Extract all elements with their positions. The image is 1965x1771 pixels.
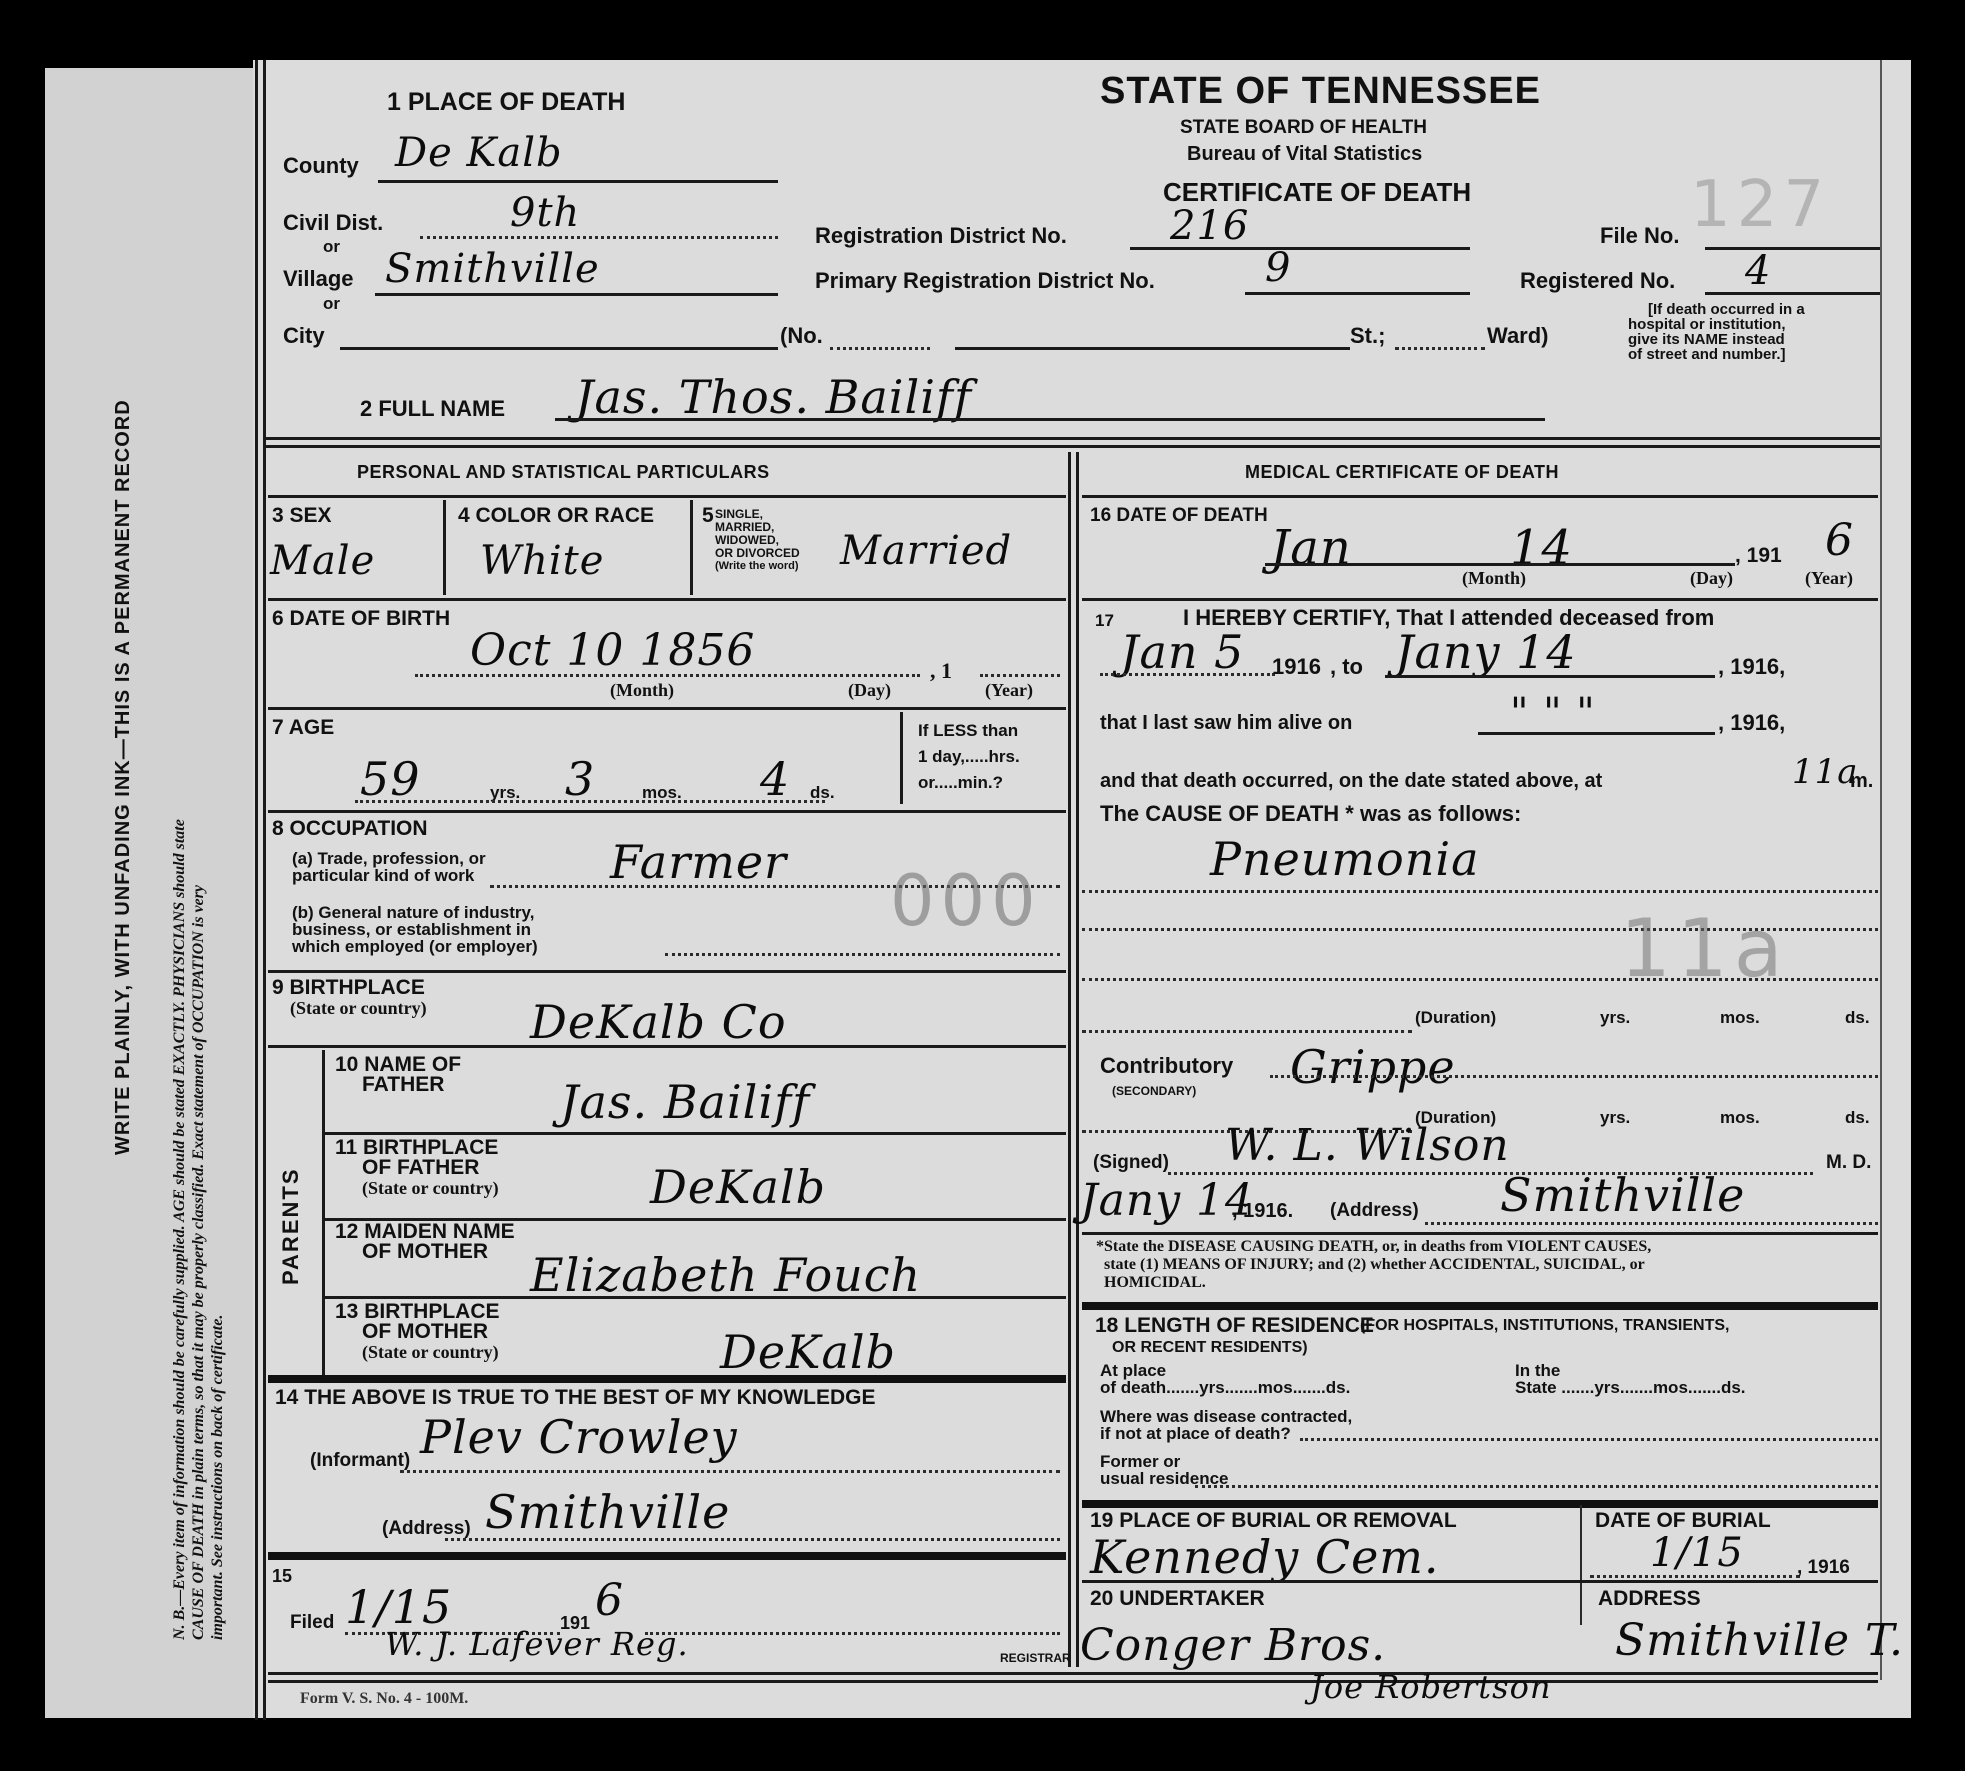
county-value[interactable]: De Kalb: [395, 130, 563, 176]
section-rule: [265, 445, 1880, 448]
row-rule: [268, 707, 1066, 710]
parents-divider: [322, 1050, 325, 1375]
last-saw-label: that I last saw him alive on: [1100, 712, 1352, 734]
father-birthplace-value[interactable]: DeKalb: [650, 1160, 826, 1214]
county-line: [378, 180, 778, 183]
burial-label: 19 PLACE OF BURIAL OR REMOVAL: [1090, 1510, 1457, 1532]
burial-date-label: DATE OF BURIAL: [1595, 1510, 1771, 1532]
cause-footnote: *State the DISEASE CAUSING DEATH, or, in…: [1096, 1238, 1651, 1292]
row-rule: [1082, 1580, 1878, 1583]
signed-address-line: [1425, 1222, 1878, 1225]
dob-day-label: (Day): [848, 680, 891, 701]
label-line: FATHER: [335, 1075, 461, 1095]
dob-value[interactable]: Oct 10 1856: [470, 625, 755, 676]
death-time-suffix: m.: [1850, 770, 1873, 792]
attended-to-year: , 1916,: [1718, 656, 1785, 678]
registrar-line: [645, 1632, 1060, 1635]
occupation-value[interactable]: Farmer: [610, 835, 787, 889]
margin-instructions: N. B.—Every item of information should b…: [170, 819, 227, 1640]
board-title: STATE BOARD OF HEALTH: [1180, 117, 1427, 139]
yrs-label: yrs.: [490, 785, 520, 800]
duration-mos: mos.: [1720, 1110, 1760, 1125]
cell-divider: [690, 500, 693, 595]
dod-line: [1265, 563, 1735, 566]
dob-month-label: (Month): [610, 680, 674, 701]
dob-line: [415, 674, 920, 677]
margin-line: N. B.—Every item of information should b…: [170, 819, 189, 1640]
dod-year[interactable]: 6: [1825, 515, 1854, 566]
label-line: Where was disease contracted,: [1100, 1408, 1352, 1425]
residence-sub2: OR RECENT RESIDENTS): [1112, 1340, 1308, 1355]
street-line: [955, 347, 1350, 350]
village-value[interactable]: Smithville: [385, 246, 600, 292]
primary-district-label: Primary Registration District No.: [815, 270, 1155, 292]
marital-option: OR DIVORCED: [715, 547, 800, 560]
undertaker-address-label: ADDRESS: [1598, 1588, 1701, 1610]
note-line: hospital or institution,: [1628, 317, 1805, 332]
parents-label: PARENTS: [278, 1168, 304, 1286]
dod-year-prefix: , 191: [1735, 545, 1782, 567]
signed-label: (Signed): [1093, 1152, 1169, 1174]
file-no-line: [1705, 247, 1880, 250]
row-rule: [1082, 1232, 1878, 1235]
label-line: At place: [1100, 1362, 1350, 1379]
age-line: [355, 800, 825, 803]
note-line: of street and number.]: [1628, 347, 1805, 362]
stamp-mark: 127: [1690, 168, 1830, 242]
cause-value[interactable]: Pneumonia: [1210, 832, 1480, 886]
registered-no-value[interactable]: 4: [1745, 248, 1771, 294]
cert-num: 17: [1095, 610, 1114, 632]
or-label: or: [323, 236, 340, 258]
label-line: OF MOTHER: [335, 1242, 515, 1262]
section-rule-thick: [268, 1552, 1066, 1560]
filed-num: 15: [272, 1565, 292, 1587]
occupation-a-label: (a) Trade, profession, or particular kin…: [292, 850, 486, 884]
center-divider: [1068, 452, 1071, 1667]
marital-value[interactable]: Married: [840, 528, 1012, 574]
county-label: County: [283, 155, 359, 177]
attended-from-line: [1100, 673, 1275, 676]
ds-label: ds.: [810, 785, 835, 800]
father-birthplace-label: 11 BIRTHPLACE OF FATHER (State or countr…: [335, 1138, 499, 1198]
burial-year: , 1916: [1797, 1557, 1850, 1579]
bottom-rule: [268, 1672, 1878, 1675]
dob-year-label: (Year): [985, 680, 1033, 701]
contracted: Where was disease contracted, if not at …: [1100, 1408, 1352, 1442]
full-name-line: [555, 418, 1545, 421]
dob-label: 6 DATE OF BIRTH: [272, 608, 450, 630]
ward-label: Ward): [1487, 325, 1549, 347]
mother-birthplace-label: 13 BIRTHPLACE OF MOTHER (State or countr…: [335, 1302, 500, 1362]
center-divider: [1076, 452, 1079, 1667]
label-line: (State or country): [335, 1342, 500, 1362]
label-line: 13 BIRTHPLACE: [335, 1302, 500, 1322]
reg-district-label: Registration District No.: [815, 225, 1067, 247]
attended-to[interactable]: Jany 14: [1395, 625, 1577, 679]
age-years[interactable]: 59: [360, 752, 421, 806]
border-line: [263, 60, 266, 1720]
occ-line: business, or establishment in: [292, 921, 538, 938]
sex-value[interactable]: Male: [270, 538, 375, 584]
margin-line: important. See instructions on back of c…: [208, 819, 227, 1640]
civil-dist-value[interactable]: 9th: [510, 190, 580, 236]
occupation-b-label: (b) General nature of industry, business…: [292, 904, 538, 955]
hospital-note: [If death occurred in a hospital or inst…: [1628, 302, 1805, 362]
undertaker-sub-signature[interactable]: Joe Robertson: [1310, 1668, 1551, 1706]
md-label: M. D.: [1826, 1152, 1871, 1174]
residence-sub: (FOR HOSPITALS, INSTITUTIONS, TRANSIENTS…: [1360, 1318, 1729, 1333]
occ-line: (a) Trade, profession, or: [292, 850, 486, 867]
contributory-line: [1270, 1075, 1878, 1078]
undertaker-address-value[interactable]: Smithville T.: [1615, 1615, 1904, 1666]
section-rule: [265, 437, 1880, 440]
birthplace-label: 9 BIRTHPLACE: [272, 977, 425, 999]
father-value[interactable]: Jas. Bailiff: [560, 1075, 810, 1129]
less-than-day: If LESS than 1 day,.....hrs. or.....min.…: [918, 718, 1020, 796]
registrar-signature[interactable]: W. J. Lafever Reg.: [385, 1625, 689, 1663]
less-line: If LESS than: [918, 718, 1020, 744]
no-line: [830, 347, 930, 350]
row-rule: [325, 1132, 1066, 1135]
race-value[interactable]: White: [480, 538, 604, 584]
label-line: OF FATHER: [335, 1158, 499, 1178]
city-line: [340, 347, 778, 350]
father-label: 10 NAME OF FATHER: [335, 1055, 461, 1095]
section-rule-thick: [1082, 1302, 1878, 1310]
st-label: St.;: [1350, 325, 1385, 347]
dod-month[interactable]: Jan: [1270, 520, 1352, 576]
age-days[interactable]: 4: [760, 752, 790, 806]
less-line: 1 day,.....hrs.: [918, 744, 1020, 770]
informant-address-value[interactable]: Smithville: [485, 1485, 730, 1539]
margin-permanent-record: WRITE PLAINLY, WITH UNFADING INK—THIS IS…: [112, 399, 135, 1155]
filed-label: Filed: [290, 1612, 334, 1634]
dod-year-label: (Year): [1805, 568, 1853, 589]
duration-mos: mos.: [1720, 1010, 1760, 1025]
death-time-value[interactable]: 11a: [1792, 752, 1859, 792]
occupation-code: 000: [890, 860, 1042, 942]
right-border: [1880, 60, 1882, 1680]
attended-to-line: [1385, 675, 1715, 678]
birthplace-sub: (State or country): [290, 998, 427, 1019]
label-line: OF MOTHER: [335, 1322, 500, 1342]
age-label: 7 AGE: [272, 717, 334, 739]
occ-line: particular kind of work: [292, 867, 486, 884]
former-line: [1195, 1485, 1878, 1488]
address-line: [445, 1538, 1060, 1541]
personal-heading: PERSONAL AND STATISTICAL PARTICULARS: [357, 462, 770, 483]
label-line: State .......yrs.......mos.......ds.: [1515, 1379, 1746, 1396]
label-line: 10 NAME OF: [335, 1055, 461, 1075]
in-state: In the State .......yrs.......mos.......…: [1515, 1362, 1746, 1396]
state-title: STATE OF TENNESSEE: [1100, 70, 1541, 113]
dob-comma: , 1: [930, 660, 952, 682]
cause-pencil-note: 11a: [1620, 902, 1789, 995]
undertaker-label: 20 UNDERTAKER: [1090, 1588, 1265, 1610]
civil-dist-line: [420, 236, 778, 239]
signed-value[interactable]: W. L. Wilson: [1225, 1120, 1510, 1171]
race-label: 4 COLOR OR RACE: [458, 505, 654, 527]
marital-num: 5: [702, 505, 714, 527]
duration-yrs: yrs.: [1600, 1110, 1630, 1125]
burial-value[interactable]: Kennedy Cem.: [1090, 1530, 1440, 1584]
signed-address-value[interactable]: Smithville: [1500, 1168, 1745, 1222]
less-line: or.....min.?: [918, 770, 1020, 796]
reg-district-line: [1130, 247, 1470, 250]
label-line: of death.......yrs.......mos.......ds.: [1100, 1379, 1350, 1396]
reg-district-value[interactable]: 216: [1170, 203, 1249, 249]
informant-line: [400, 1470, 1060, 1473]
margin-line: CAUSE OF DEATH in plain terms, so that i…: [189, 819, 208, 1640]
mother-birthplace-value[interactable]: DeKalb: [720, 1325, 896, 1379]
label-line: 12 MAIDEN NAME: [335, 1222, 515, 1242]
cause-label: The CAUSE OF DEATH * was as follows:: [1100, 803, 1521, 825]
primary-district-line: [1245, 292, 1470, 295]
registered-no-label: Registered No.: [1520, 270, 1675, 292]
row-rule: [268, 970, 1066, 973]
place-of-death-heading: 1 PLACE OF DEATH: [387, 88, 625, 117]
attended-from[interactable]: Jan 5: [1120, 625, 1244, 679]
duration-label: (Duration): [1415, 1010, 1496, 1025]
occupation-label: 8 OCCUPATION: [272, 818, 428, 840]
informant-heading: 14 THE ABOVE IS TRUE TO THE BEST OF MY K…: [275, 1387, 876, 1409]
section-rule-thick: [1082, 1500, 1878, 1508]
burial-divider: [1580, 1505, 1582, 1625]
sex-label: 3 SEX: [272, 505, 332, 527]
primary-district-value[interactable]: 9: [1265, 245, 1291, 291]
no-label: (No.: [780, 325, 823, 347]
note-line: [If death occurred in a: [1628, 302, 1805, 317]
signed-year: , 1916.: [1232, 1200, 1293, 1222]
registrar-label: REGISTRAR: [1000, 1652, 1071, 1665]
registered-no-line: [1705, 292, 1880, 295]
row-rule: [268, 598, 1066, 601]
village-line: [375, 293, 778, 296]
dod-label: 16 DATE OF DEATH: [1090, 505, 1268, 527]
contributory-label: Contributory: [1100, 1055, 1233, 1077]
attended-from-year: 1916: [1272, 656, 1321, 678]
form-number: Form V. S. No. 4 - 100M.: [300, 1690, 468, 1708]
marital-option: (Write the word): [715, 560, 800, 573]
to-label: , to: [1330, 656, 1363, 678]
mos-label: mos.: [642, 785, 682, 800]
duration-ds: ds.: [1845, 1010, 1870, 1025]
mother-label: 12 MAIDEN NAME OF MOTHER: [335, 1222, 515, 1262]
residence-heading: 18 LENGTH OF RESIDENCE: [1095, 1315, 1374, 1337]
village-label: Village: [283, 268, 354, 290]
file-no-label: File No.: [1600, 225, 1679, 247]
last-saw-value[interactable]: " " ": [1510, 690, 1596, 736]
section-rule-thick: [268, 1375, 1066, 1383]
or-label: or: [323, 293, 340, 315]
dod-day-label: (Day): [1690, 568, 1733, 589]
informant-value[interactable]: Plev Crowley: [420, 1410, 738, 1464]
cell-divider: [900, 712, 903, 804]
ward-line: [1395, 347, 1485, 350]
signed-date[interactable]: Jany 14: [1080, 1175, 1254, 1226]
marital-options: SINGLE, MARRIED, WIDOWED, OR DIVORCED (W…: [715, 508, 800, 573]
at-place: At place of death.......yrs.......mos...…: [1100, 1362, 1350, 1396]
cell-divider: [443, 500, 446, 595]
bureau-title: Bureau of Vital Statistics: [1187, 143, 1422, 166]
row-rule: [325, 1296, 1066, 1299]
burial-date-line: [1590, 1575, 1800, 1578]
duration-ds: ds.: [1845, 1110, 1870, 1125]
full-name-label: 2 FULL NAME: [360, 398, 505, 420]
duration-yrs: yrs.: [1600, 1010, 1630, 1025]
contracted-line: [1300, 1438, 1878, 1441]
border-line: [255, 60, 258, 1720]
bottom-rule: [268, 1680, 1878, 1683]
civil-dist-label: Civil Dist.: [283, 212, 383, 234]
contributory-value[interactable]: Grippe: [1290, 1040, 1456, 1094]
birthplace-value[interactable]: DeKalb Co: [530, 995, 787, 1049]
full-name-value[interactable]: Jas. Thos. Bailiff: [575, 370, 972, 424]
label-line: In the: [1515, 1362, 1746, 1379]
label-line: (State or country): [335, 1178, 499, 1198]
occupation-b-line: [665, 953, 1060, 956]
occ-line: (b) General nature of industry,: [292, 904, 538, 921]
occ-line: which employed (or employer): [292, 938, 538, 955]
last-saw-year: , 1916,: [1718, 712, 1785, 734]
last-saw-line: [1478, 732, 1715, 735]
former-residence: Former or usual residence: [1100, 1453, 1229, 1487]
informant-label: (Informant): [310, 1450, 410, 1472]
signed-address-label: (Address): [1330, 1200, 1419, 1222]
age-months[interactable]: 3: [565, 752, 595, 806]
dod-month-label: (Month): [1462, 568, 1526, 589]
burial-date-value[interactable]: 1/15: [1650, 1530, 1744, 1576]
address-label: (Address): [382, 1518, 471, 1540]
label-line: 11 BIRTHPLACE: [335, 1138, 499, 1158]
footnote-line: HOMICIDAL.: [1096, 1274, 1651, 1292]
label-line: Former or: [1100, 1453, 1229, 1470]
duration-line: [1082, 1030, 1412, 1033]
medical-heading: MEDICAL CERTIFICATE OF DEATH: [1245, 462, 1559, 483]
row-rule: [268, 1045, 1066, 1048]
cause-line: [1082, 890, 1878, 893]
city-label: City: [283, 325, 325, 347]
footnote-line: *State the DISEASE CAUSING DEATH, or, in…: [1096, 1238, 1651, 1256]
cause-line: [1082, 978, 1878, 981]
row-rule: [268, 810, 1066, 813]
mother-value[interactable]: Elizabeth Fouch: [530, 1248, 921, 1302]
row-rule: [1082, 495, 1878, 498]
footnote-line: state (1) MEANS OF INJURY; and (2) wheth…: [1096, 1256, 1651, 1274]
row-rule: [268, 495, 1066, 498]
secondary-label: (SECONDARY): [1112, 1085, 1196, 1098]
note-line: give its NAME instead: [1628, 332, 1805, 347]
dob-year-line: [980, 674, 1060, 677]
undertaker-value[interactable]: Conger Bros.: [1080, 1620, 1386, 1671]
row-rule: [1082, 598, 1878, 601]
filed-year[interactable]: 6: [595, 1575, 624, 1626]
death-time-label: and that death occurred, on the date sta…: [1100, 770, 1602, 792]
